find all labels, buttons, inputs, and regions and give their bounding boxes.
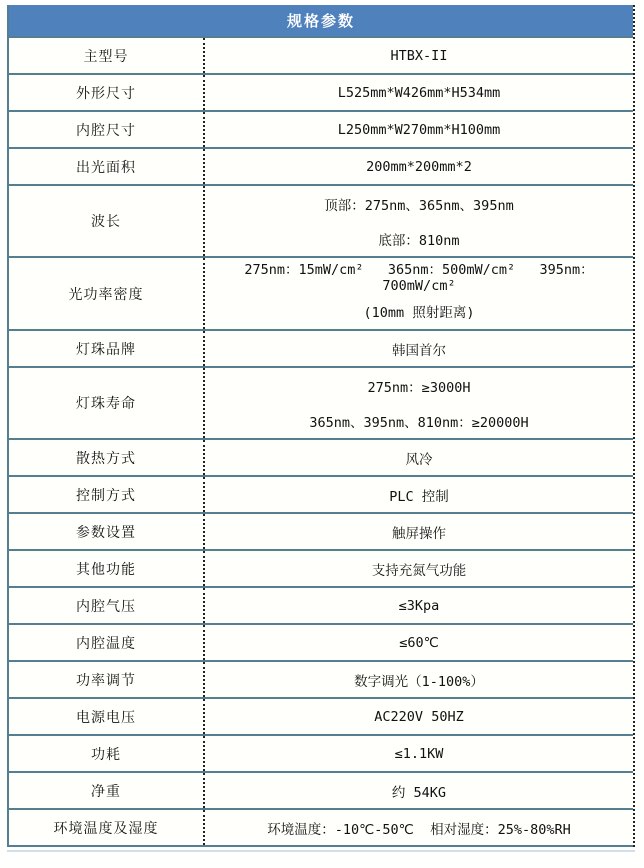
spec-value-line: 底部：810nm — [205, 221, 633, 256]
spec-value: L525mm*W426mm*H534mm — [205, 75, 633, 110]
spec-label: 光功率密度 — [9, 258, 205, 329]
spec-value-line: ≤60℃ — [205, 625, 633, 660]
spec-label: 出光面积 — [9, 149, 205, 184]
spec-label: 主型号 — [9, 38, 205, 73]
spec-label: 电源电压 — [9, 699, 205, 734]
table-title: 规格参数 — [9, 5, 633, 38]
spec-label: 灯珠品牌 — [9, 331, 205, 366]
table-row: 散热方式 风冷 — [9, 440, 633, 477]
table-row: 内腔气压 ≤3Kpa — [9, 588, 633, 625]
spec-value-line: 约 54KG — [205, 773, 633, 808]
spec-value: ≤60℃ — [205, 625, 633, 660]
spec-value: ≤1.1KW — [205, 736, 633, 771]
spec-value-line: AC220V 50HZ — [205, 699, 633, 734]
spec-label: 散热方式 — [9, 440, 205, 475]
spec-value-line: L250mm*W270mm*H100mm — [205, 112, 633, 147]
table-row: 参数设置 触屏操作 — [9, 514, 633, 551]
spec-value: HTBX-II — [205, 38, 633, 73]
table-row: 电源电压 AC220V 50HZ — [9, 699, 633, 736]
spec-value-line: 支持充氮气功能 — [205, 551, 633, 586]
spec-label: 环境温度及湿度 — [9, 810, 205, 845]
spec-value: 约 54KG — [205, 773, 633, 808]
spec-value: 触屏操作 — [205, 514, 633, 549]
spec-table: 规格参数 主型号 HTBX-II 外形尺寸 L525mm*W426mm*H534… — [7, 5, 635, 847]
table-row: 功率调节 数字调光（1-100%） — [9, 662, 633, 699]
table-row: 波长 顶部：275nm、365nm、395nm底部：810nm — [9, 186, 633, 258]
spec-value-line: 顶部：275nm、365nm、395nm — [205, 186, 633, 221]
spec-value-line: 200mm*200mm*2 — [205, 149, 633, 184]
spec-value: 数字调光（1-100%） — [205, 662, 633, 697]
spec-label: 其他功能 — [9, 551, 205, 586]
table-row: 灯珠寿命 275nm：≥3000H365nm、395nm、810nm：≥2000… — [9, 368, 633, 440]
table-row: 内腔尺寸 L250mm*W270mm*H100mm — [9, 112, 633, 149]
table-row: 出光面积 200mm*200mm*2 — [9, 149, 633, 186]
spec-value: 275nm：≥3000H365nm、395nm、810nm：≥20000H — [205, 368, 633, 438]
spec-label: 外形尺寸 — [9, 75, 205, 110]
spec-value: 顶部：275nm、365nm、395nm底部：810nm — [205, 186, 633, 256]
spec-value-line: 275nm：15mW/cm² 365nm：500mW/cm² 395nm：700… — [205, 258, 633, 294]
spec-value-line: L525mm*W426mm*H534mm — [205, 75, 633, 110]
spec-label: 净重 — [9, 773, 205, 808]
table-body: 主型号 HTBX-II 外形尺寸 L525mm*W426mm*H534mm 内腔… — [9, 38, 633, 847]
spec-label: 功率调节 — [9, 662, 205, 697]
spec-value: PLC 控制 — [205, 477, 633, 512]
spec-value-line: HTBX-II — [205, 38, 633, 73]
spec-value: 风冷 — [205, 440, 633, 475]
spec-value-line: 数字调光（1-100%） — [205, 662, 633, 697]
spec-value-line: 韩国首尔 — [205, 331, 633, 366]
spec-label: 功耗 — [9, 736, 205, 771]
table-row: 净重 约 54KG — [9, 773, 633, 810]
spec-label: 参数设置 — [9, 514, 205, 549]
spec-label: 控制方式 — [9, 477, 205, 512]
table-row: 其他功能 支持充氮气功能 — [9, 551, 633, 588]
spec-label: 波长 — [9, 186, 205, 256]
table-row: 环境温度及湿度 环境温度：-10℃-50℃ 相对湿度：25%-80%RH — [9, 810, 633, 847]
spec-value-line: 275nm：≥3000H — [205, 368, 633, 403]
spec-value-line: 环境温度：-10℃-50℃ 相对湿度：25%-80%RH — [205, 810, 633, 845]
spec-value-line: ≤3Kpa — [205, 588, 633, 623]
spec-label: 灯珠寿命 — [9, 368, 205, 438]
table-row: 内腔温度 ≤60℃ — [9, 625, 633, 662]
spec-label: 内腔尺寸 — [9, 112, 205, 147]
table-row: 控制方式 PLC 控制 — [9, 477, 633, 514]
table-row: 主型号 HTBX-II — [9, 38, 633, 75]
table-row: 外形尺寸 L525mm*W426mm*H534mm — [9, 75, 633, 112]
spec-value: 200mm*200mm*2 — [205, 149, 633, 184]
spec-value-line: 风冷 — [205, 440, 633, 475]
spec-value: 韩国首尔 — [205, 331, 633, 366]
spec-label: 内腔温度 — [9, 625, 205, 660]
spec-value-line: ≤1.1KW — [205, 736, 633, 771]
table-row: 灯珠品牌 韩国首尔 — [9, 331, 633, 368]
table-row: 光功率密度 275nm：15mW/cm² 365nm：500mW/cm² 395… — [9, 258, 633, 331]
spec-value-line: (10mm 照射距离) — [205, 294, 633, 330]
spec-label: 内腔气压 — [9, 588, 205, 623]
spec-value: 支持充氮气功能 — [205, 551, 633, 586]
spec-value-line: PLC 控制 — [205, 477, 633, 512]
spec-value: ≤3Kpa — [205, 588, 633, 623]
spec-value: 275nm：15mW/cm² 365nm：500mW/cm² 395nm：700… — [205, 258, 633, 329]
table-row: 功耗 ≤1.1KW — [9, 736, 633, 773]
spec-value: L250mm*W270mm*H100mm — [205, 112, 633, 147]
spec-value: 环境温度：-10℃-50℃ 相对湿度：25%-80%RH — [205, 810, 633, 845]
spec-value: AC220V 50HZ — [205, 699, 633, 734]
spec-value-line: 365nm、395nm、810nm：≥20000H — [205, 403, 633, 438]
spec-value-line: 触屏操作 — [205, 514, 633, 549]
